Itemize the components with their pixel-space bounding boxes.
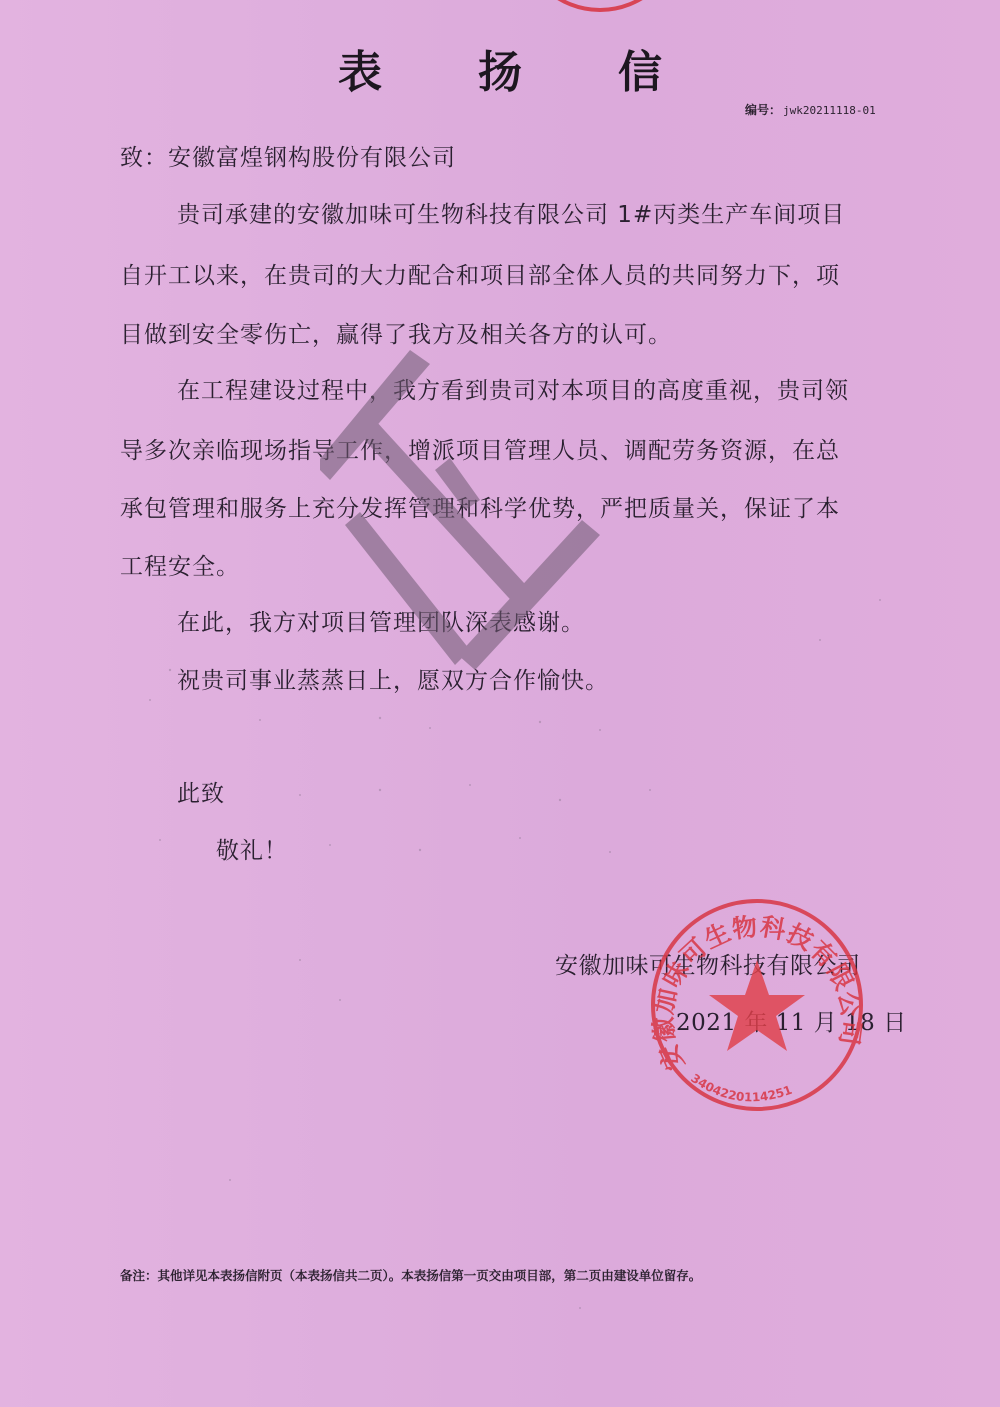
- document-number: 编号：jwk20211118-01: [745, 101, 876, 118]
- signer-company: 安徽加味可生物科技有限公司: [555, 947, 861, 980]
- paragraph-1-line-2: 自开工以来，在贵司的大力配合和项目部全体人员的共同努力下，项: [120, 257, 840, 290]
- svg-text:340422011: 340422011: [559, 0, 652, 4]
- partial-seal-top: 340422011: [520, 0, 680, 40]
- salutation: 致：安徽富煌钢构股份有限公司: [120, 139, 456, 172]
- paragraph-2-line-3: 承包管理和服务上充分发挥管理和科学优势，严把质量关，保证了本: [120, 490, 840, 523]
- closing-line-1: 此致: [177, 775, 225, 808]
- document-number-value: jwk20211118-01: [783, 104, 876, 117]
- document-number-label: 编号：: [745, 103, 781, 117]
- letter-page: 340422011 表扬信 编号：jwk20211118-01 致：安徽富煌钢构…: [0, 0, 1000, 1407]
- paragraph-2-line-1: 在工程建设过程中，我方看到贵司对本项目的高度重视，贵司领: [177, 372, 849, 405]
- title-char: 扬: [478, 36, 522, 100]
- paragraph-2-line-4: 工程安全。: [120, 548, 240, 581]
- signature-date: 2021 年 11 月 18 日: [676, 1004, 907, 1037]
- title-char: 表: [338, 36, 382, 100]
- closing-line-2: 敬礼！: [216, 832, 288, 865]
- paragraph-1-line-1: 贵司承建的安徽加味可生物科技有限公司 1#丙类生产车间项目: [177, 196, 845, 229]
- paragraph-1-line-3: 目做到安全零伤亡，赢得了我方及相关各方的认可。: [120, 316, 672, 349]
- svg-text:3404220114251: 3404220114251: [688, 1071, 794, 1104]
- page-title: 表扬信: [0, 36, 1000, 100]
- svg-text:安徽加味可生物科技有限公司: 安徽加味可生物科技有限公司: [649, 912, 867, 1075]
- footnote: 备注：其他详见本表扬信附页（本表扬信共二页）。本表扬信第一页交由项目部，第二页由…: [120, 1266, 701, 1284]
- paragraph-4: 祝贵司事业蒸蒸日上，愿双方合作愉快。: [177, 662, 609, 695]
- paragraph-3: 在此，我方对项目管理团队深表感谢。: [177, 604, 585, 637]
- paragraph-2-line-2: 导多次亲临现场指导工作，增派项目管理人员、调配劳务资源，在总: [120, 432, 840, 465]
- title-char: 信: [618, 36, 662, 100]
